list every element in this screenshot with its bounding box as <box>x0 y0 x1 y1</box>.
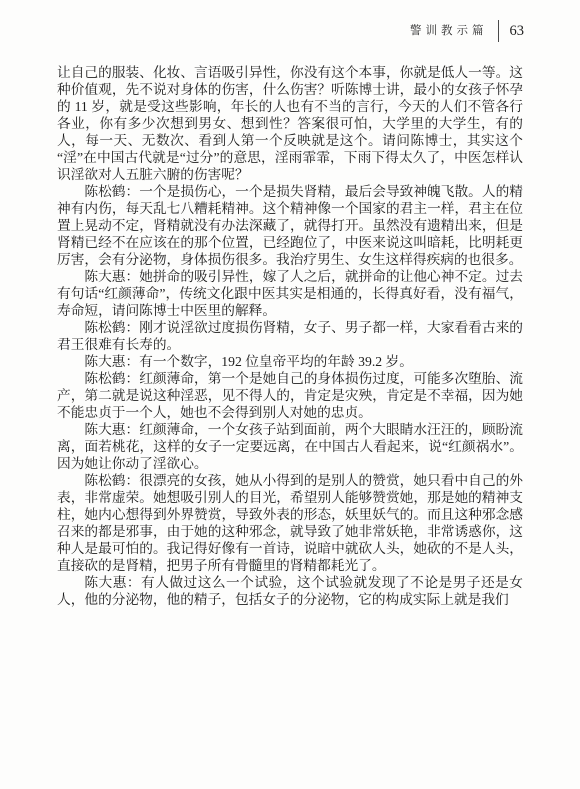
body-paragraph: 陈松鹤：刚才说淫欲过度损伤肾精，女子、男子都一样，大家看看古来的君王很难有长寿的… <box>57 319 523 353</box>
book-page: 警训教示篇 63 让自己的服装、化妆、言语吸引异性，你没有这个本事，你就是低人一… <box>0 0 580 789</box>
body-paragraph: 陈大惠：有人做过这么一个试验，这个试验就发现了不论是男子还是女人，他的分泌物，他… <box>57 574 523 608</box>
header-divider <box>498 20 499 42</box>
body-paragraph: 陈松鹤：一个是损伤心，一个是损失肾精，最后会导致神魄飞散。人的精神有内伤，每天乱… <box>57 183 523 268</box>
page-number: 63 <box>510 20 525 42</box>
body-paragraph: 陈大惠：有一个数字，192 位皇帝平均的年龄 39.2 岁。 <box>57 353 523 370</box>
section-title: 警训教示篇 <box>410 20 488 42</box>
body-paragraph: 陈大惠：她拼命的吸引异性，嫁了人之后，就拼命的让他心神不定。过去有句话“红颜薄命… <box>57 268 523 319</box>
body-paragraph: 陈大惠：红颜薄命，一个女孩子站到面前，两个大眼睛水汪汪的，顾盼流离，面若桃花，这… <box>57 421 523 472</box>
body-paragraph: 让自己的服装、化妆、言语吸引异性，你没有这个本事，你就是低人一等。这种价值观，先… <box>57 64 523 183</box>
page-body: 让自己的服装、化妆、言语吸引异性，你没有这个本事，你就是低人一等。这种价值观，先… <box>57 64 523 608</box>
body-paragraph: 陈松鹤：红颜薄命，第一个是她自己的身体损伤过度，可能多次堕胎、流产，第二就是说这… <box>57 370 523 421</box>
running-header: 警训教示篇 63 <box>410 20 524 42</box>
body-paragraph: 陈松鹤：很漂亮的女孩，她从小得到的是别人的赞赏，她只看中自己的外表，非常虚荣。她… <box>57 472 523 574</box>
